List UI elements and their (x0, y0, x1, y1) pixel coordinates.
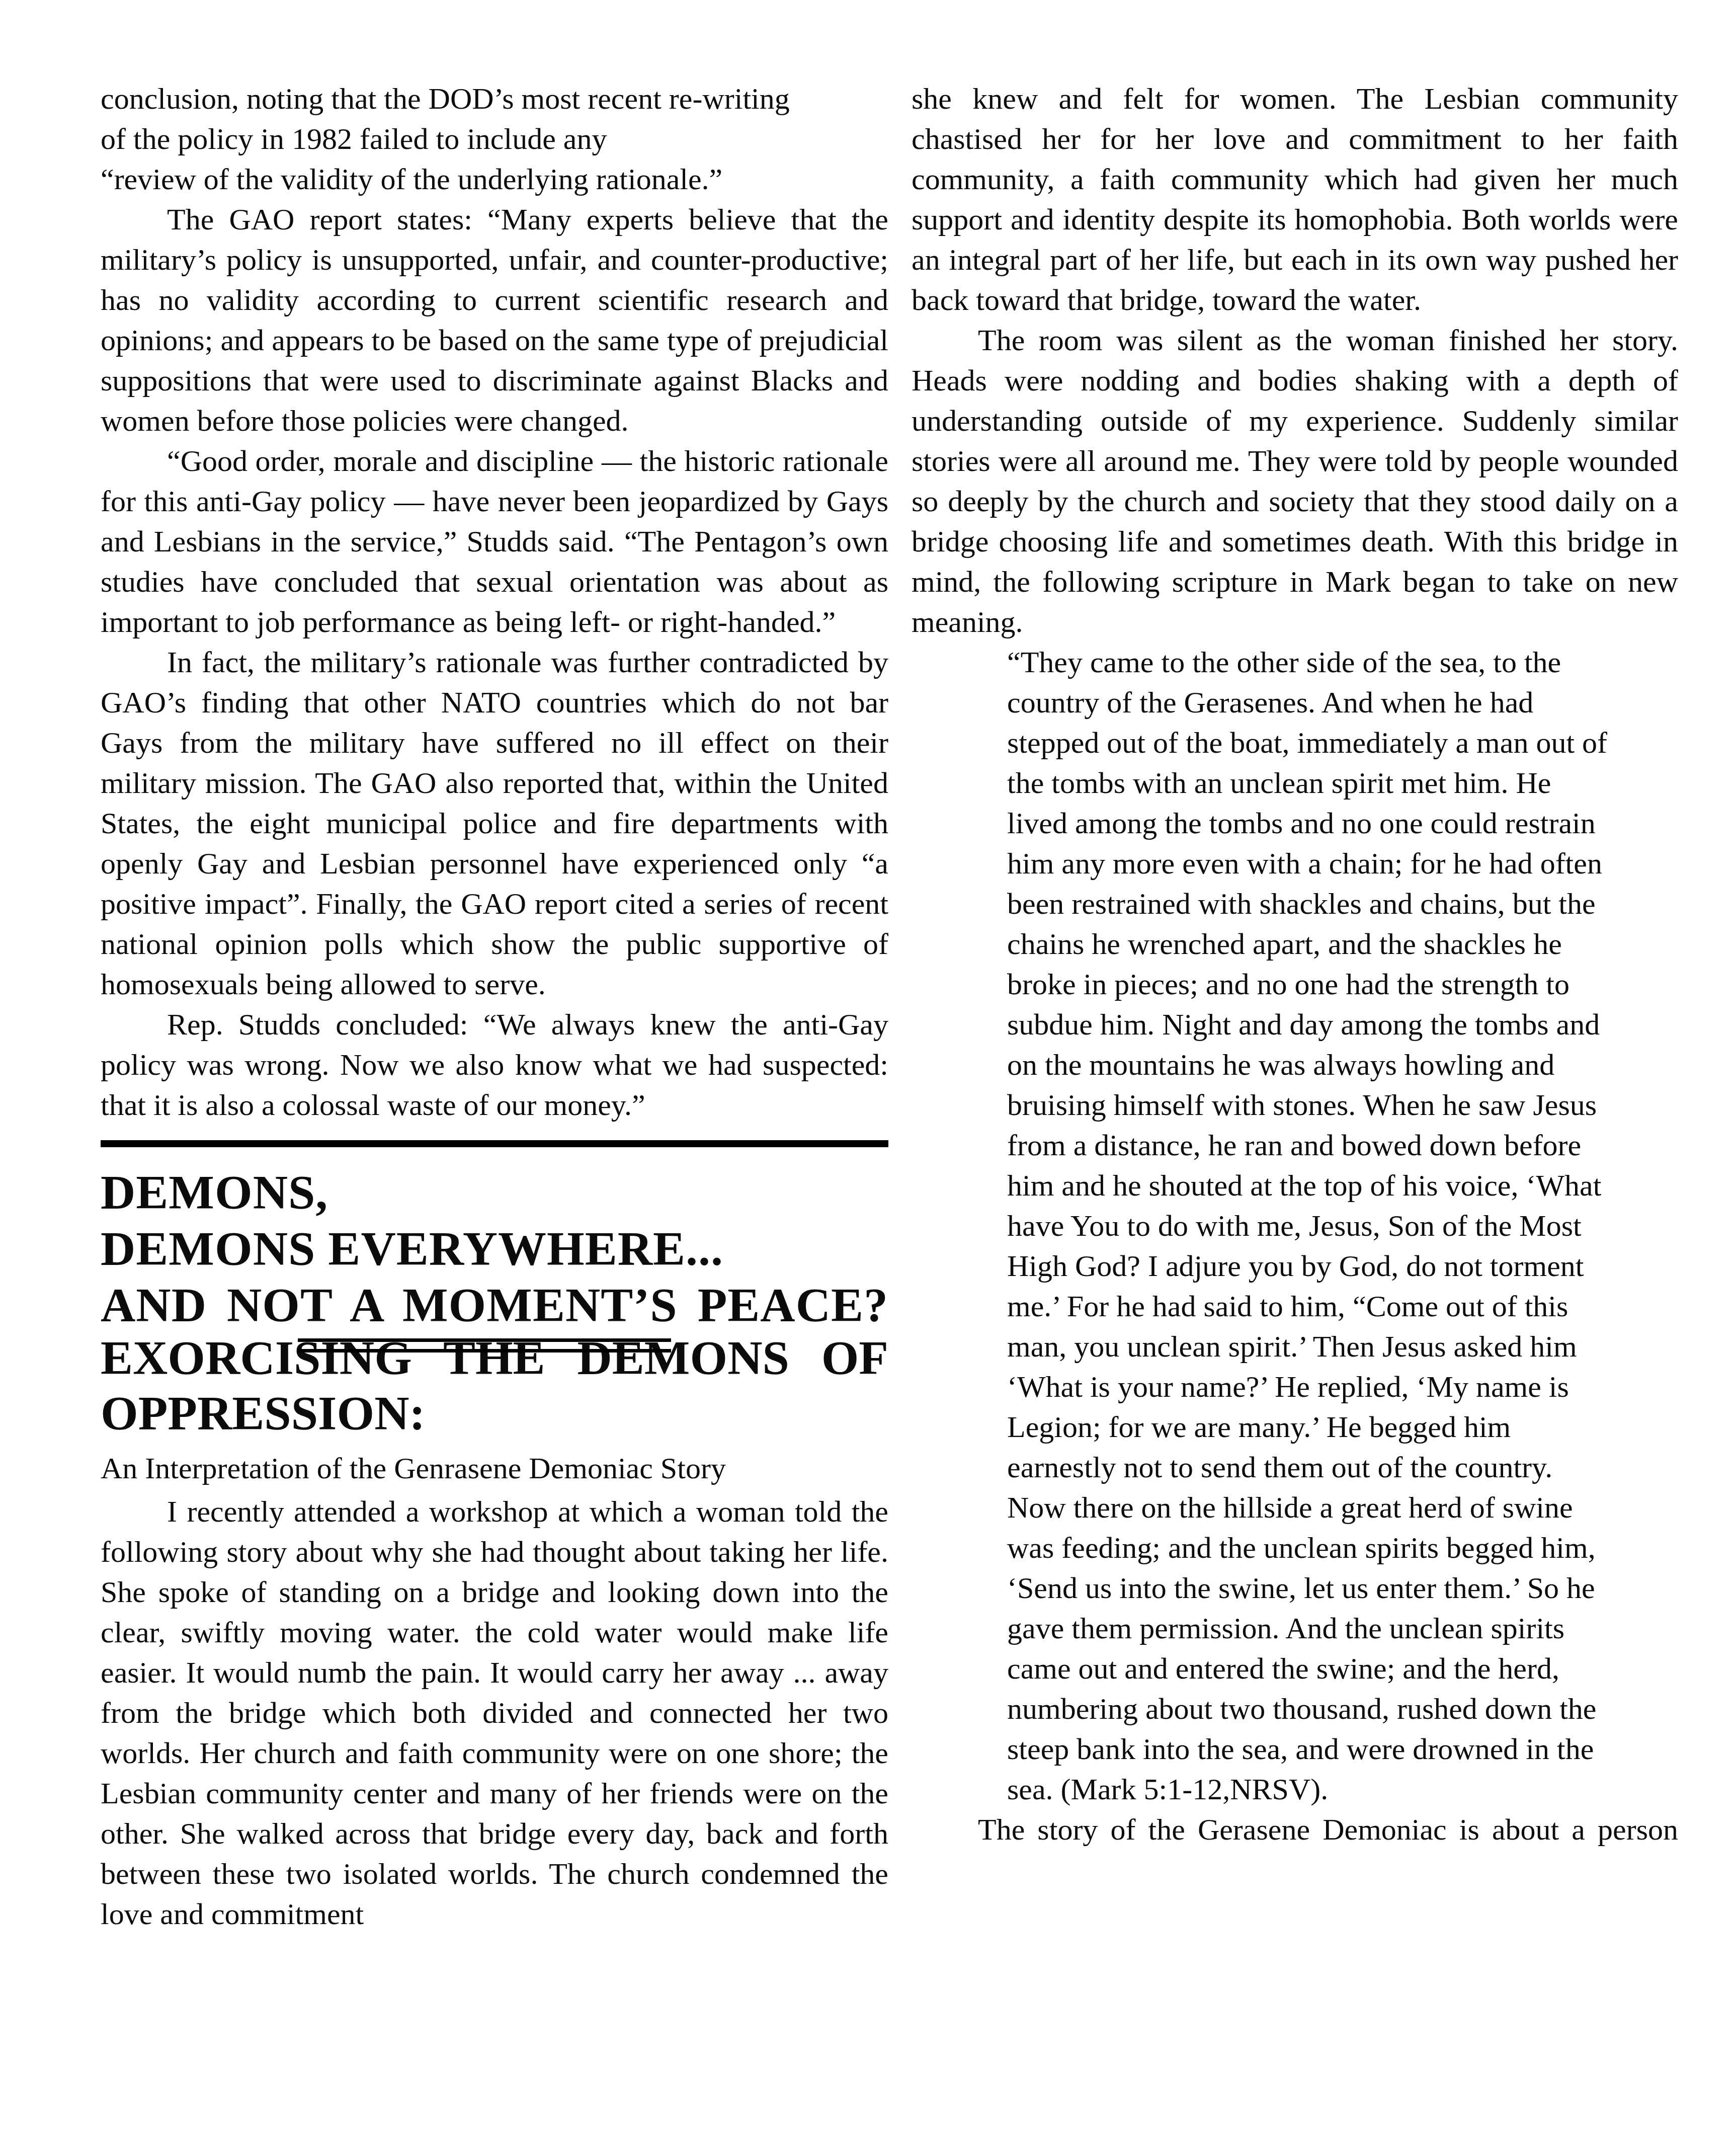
continuation-line-1: conclusion, noting that the DOD’s most r… (101, 78, 888, 119)
body-paragraph-workshop-story: I recently attended a workshop at which … (101, 1491, 888, 1934)
continuation-line-2: of the policy in 1982 failed to include … (101, 119, 888, 159)
subheadline-line-2: OPPRESSION: (101, 1386, 888, 1441)
body-paragraph-good-order: “Good order, morale and discipline — the… (101, 441, 888, 642)
continuation-lines: conclusion, noting that the DOD’s most r… (101, 78, 888, 199)
headline-double-underline (298, 1338, 671, 1352)
headline-line-1: DEMONS, (101, 1164, 888, 1221)
body-paragraph-nato-finding: In fact, the military’s rationale was fu… (101, 642, 888, 1004)
body-paragraph-gao-report: The GAO report states: “Many experts bel… (101, 199, 888, 441)
headline-line-3: AND NOT A MOMENT’S PEACE? (101, 1277, 888, 1333)
section-byline: An Interpretation of the Genrasene Demon… (101, 1448, 888, 1488)
body-paragraph-continuation: she knew and felt for women. The Lesbian… (912, 78, 1678, 320)
left-column: conclusion, noting that the DOD’s most r… (101, 78, 888, 1934)
section-divider-rule (101, 1140, 888, 1147)
body-paragraph-studds-conclusion: Rep. Studds concluded: “We always knew t… (101, 1004, 888, 1125)
body-paragraph-closing: The story of the Gerasene Demoniac is ab… (912, 1809, 1678, 1850)
document-page: conclusion, noting that the DOD’s most r… (0, 0, 1736, 2149)
scripture-blockquote: “They came to the other side of the sea,… (1007, 642, 1616, 1809)
continuation-line-3: “review of the validity of the underlyin… (101, 159, 888, 199)
body-paragraph-room-silent: The room was silent as the woman finishe… (912, 320, 1678, 642)
headline-line-2: DEMONS EVERYWHERE... (101, 1221, 888, 1277)
section-headline: DEMONS, DEMONS EVERYWHERE... AND NOT A M… (101, 1164, 888, 1333)
right-column: she knew and felt for women. The Lesbian… (912, 78, 1678, 1850)
